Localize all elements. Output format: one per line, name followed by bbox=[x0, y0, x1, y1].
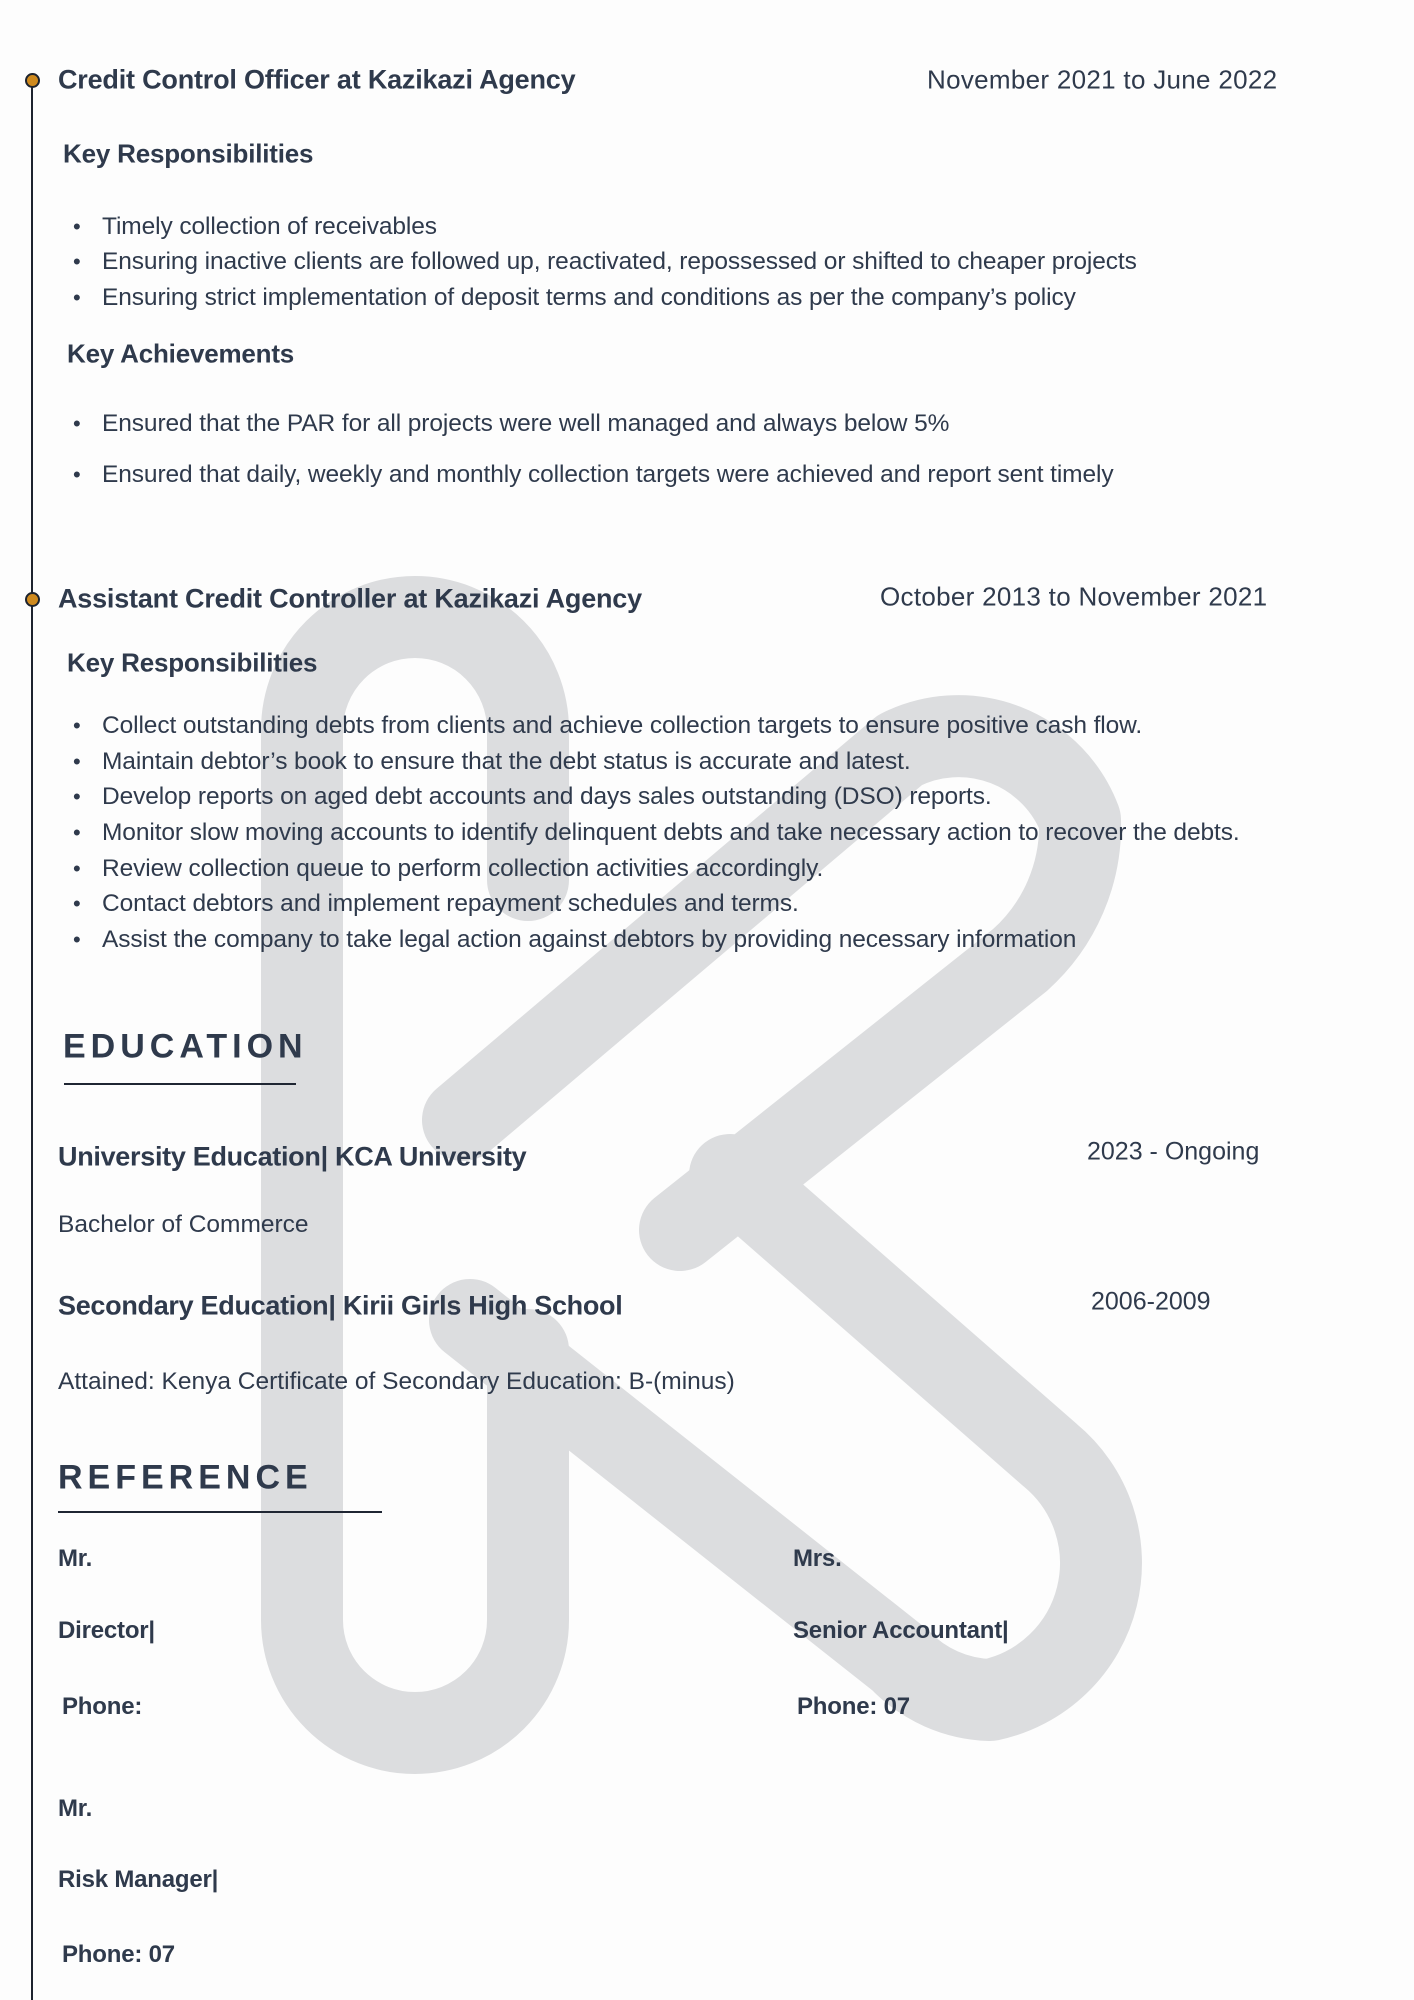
list-item: Ensuring inactive clients are followed u… bbox=[102, 248, 1137, 276]
education-title: University Education| KCA University bbox=[58, 1142, 526, 1173]
reference-salutation: Mrs. bbox=[793, 1545, 842, 1573]
education-dates: 2023 - Ongoing bbox=[1087, 1138, 1259, 1167]
section-heading-reference: REFERENCE bbox=[58, 1459, 313, 1498]
list-item: Ensured that daily, weekly and monthly c… bbox=[102, 461, 1114, 489]
timeline-line bbox=[31, 86, 33, 2000]
education-dates: 2006-2009 bbox=[1091, 1288, 1211, 1317]
job-dates: November 2021 to June 2022 bbox=[927, 65, 1277, 96]
list-item: Review collection queue to perform colle… bbox=[102, 855, 823, 883]
education-detail: Bachelor of Commerce bbox=[58, 1211, 309, 1239]
timeline-dot-icon bbox=[25, 73, 40, 88]
reference-role: Risk Manager| bbox=[58, 1866, 218, 1894]
reference-salutation: Mr. bbox=[58, 1545, 92, 1573]
list-item: Assist the company to take legal action … bbox=[102, 926, 1076, 954]
reference-phone: Phone: 07 bbox=[797, 1693, 910, 1721]
list-item: Maintain debtor’s book to ensure that th… bbox=[102, 748, 911, 776]
list-item: Contact debtors and implement repayment … bbox=[102, 890, 799, 918]
list-item: Monitor slow moving accounts to identify… bbox=[102, 819, 1240, 847]
job-title: Credit Control Officer at Kazikazi Agenc… bbox=[58, 65, 575, 96]
list-item: Timely collection of receivables bbox=[102, 213, 437, 241]
list-item: Develop reports on aged debt accounts an… bbox=[102, 783, 992, 811]
achievements-heading: Key Achievements bbox=[67, 339, 294, 370]
education-detail: Attained: Kenya Certificate of Secondary… bbox=[58, 1368, 735, 1396]
reference-phone: Phone: 07 bbox=[62, 1941, 175, 1969]
reference-salutation: Mr. bbox=[58, 1795, 92, 1823]
list-item: Ensuring strict implementation of deposi… bbox=[102, 284, 1076, 312]
reference-role: Director| bbox=[58, 1617, 155, 1645]
list-item: Collect outstanding debts from clients a… bbox=[102, 712, 1142, 740]
reference-role: Senior Accountant| bbox=[793, 1617, 1009, 1645]
list-item: Ensured that the PAR for all projects we… bbox=[102, 410, 949, 438]
education-title: Secondary Education| Kirii Girls High Sc… bbox=[58, 1291, 622, 1322]
job-title: Assistant Credit Controller at Kazikazi … bbox=[58, 584, 642, 615]
section-heading-education: EDUCATION bbox=[63, 1028, 308, 1067]
section-divider bbox=[64, 1083, 296, 1085]
job-dates: October 2013 to November 2021 bbox=[880, 582, 1267, 613]
section-divider bbox=[58, 1511, 382, 1513]
responsibilities-heading: Key Responsibilities bbox=[67, 648, 317, 679]
timeline-dot-icon bbox=[25, 592, 40, 607]
responsibilities-heading: Key Responsibilities bbox=[63, 139, 313, 170]
reference-phone: Phone: bbox=[62, 1693, 142, 1721]
